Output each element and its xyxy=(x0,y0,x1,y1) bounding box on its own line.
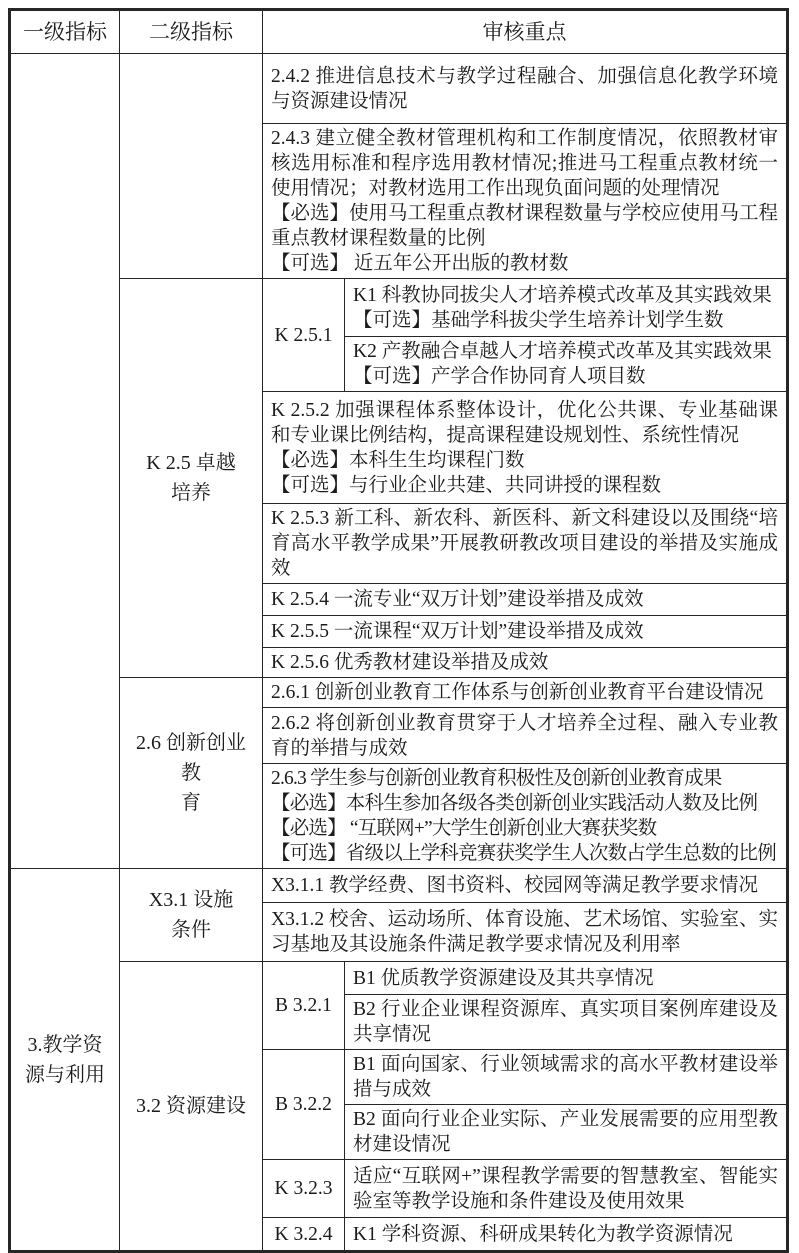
review-cell-2-6-1: 2.6.1 创新创业教育工作体系与创新创业教育平台建设情况 xyxy=(263,678,788,708)
review-cell-b3-2-2-b1: B1 面向国家、行业领域需求的高水平教材建设举措与成效 xyxy=(345,1050,788,1105)
review-line: K1 学科资源、科研成果转化为教学资源情况 xyxy=(353,1222,778,1247)
review-line: 【可选】省级以上学科竞赛获奖学生人次数占学生总数的比例 xyxy=(271,841,778,866)
level2-cell-empty xyxy=(120,54,263,279)
review-line: 2.6.1 创新创业教育工作体系与创新创业教育平台建设情况 xyxy=(271,680,778,705)
table-row: 3.教学资 源与利用 X3.1 设施 条件 X3.1.1 教学经费、图书资料、校… xyxy=(10,869,788,903)
review-line: K 2.5.3 新工科、新农科、新医科、新文科建设以及围绕“培育高水平教学成果”… xyxy=(271,506,778,581)
review-line: 2.6.2 将创新创业教育贯穿于人才培养全过程、融入专业教育的举措与成效 xyxy=(271,711,778,761)
sublabel-b3-2-1: B 3.2.1 xyxy=(263,962,345,1050)
review-line: 适应“互联网+”课程教学需要的智慧教室、智能实验室等教学设施和条件建设及使用效果 xyxy=(353,1164,778,1214)
level2-cell-3-2: 3.2 资源建设 xyxy=(120,962,263,1252)
review-cell-2-4-3: 2.4.3 建立健全教材管理机构和工作制度情况，依照教材审核选用标准和程序选用教… xyxy=(263,124,788,279)
review-cell-k2-5-4: K 2.5.4 一流专业“双万计划”建设举措及成效 xyxy=(263,584,788,616)
review-cell-k2-5-6: K 2.5.6 优秀教材建设举措及成效 xyxy=(263,648,788,678)
review-cell-k3-2-3: 适应“互联网+”课程教学需要的智慧教室、智能实验室等教学设施和条件建设及使用效果 xyxy=(345,1160,788,1218)
review-cell-k2-5-1-k1: K1 科教协同拔尖人才培养模式改革及其实践效果 【可选】基础学科拔尖学生培养计划… xyxy=(345,279,788,337)
review-line: 2.6.3 学生参与创新创业教育积极性及创新创业教育成果 xyxy=(271,766,778,791)
review-line: K 2.5.5 一流课程“双万计划”建设举措及成效 xyxy=(271,619,778,644)
review-line: B2 行业企业课程资源库、真实项目案例库建设及共享情况 xyxy=(353,997,778,1047)
review-line: 【可选】 近五年公开出版的教材数 xyxy=(271,251,778,276)
review-line: 【可选】与行业企业共建、共同讲授的课程数 xyxy=(271,473,778,498)
review-line: B1 面向国家、行业领域需求的高水平教材建设举措与成效 xyxy=(353,1052,778,1102)
review-cell-k2-5-1-k2: K2 产教融合卓越人才培养模式改革及其实践效果 【可选】产学合作协同育人项目数 xyxy=(345,337,788,392)
table-row: 3.2 资源建设 B 3.2.1 B1 优质教学资源建设及其共享情况 xyxy=(10,962,788,995)
level1-cell-empty xyxy=(10,54,120,869)
sublabel-b3-2-2: B 3.2.2 xyxy=(263,1050,345,1160)
header-level2-indicator: 二级指标 xyxy=(120,10,263,54)
level2-cell-k2-5: K 2.5 卓越 培养 xyxy=(120,279,263,678)
sublabel-k2-5-1: K 2.5.1 xyxy=(263,279,345,392)
review-line: K 2.5.6 优秀教材建设举措及成效 xyxy=(271,650,778,675)
review-line: K 2.5.2 加强课程体系整体设计，优化公共课、专业基础课和专业课比例结构，提… xyxy=(271,398,778,448)
review-line: B2 面向行业企业实际、产业发展需要的应用型教材建设情况 xyxy=(353,1107,778,1157)
review-cell-k2-5-5: K 2.5.5 一流课程“双万计划”建设举措及成效 xyxy=(263,616,788,648)
review-line: K 2.5.4 一流专业“双万计划”建设举措及成效 xyxy=(271,587,778,612)
review-line: 【必选】使用马工程重点教材课程数量与学校应使用马工程重点教材课程数量的比例 xyxy=(271,201,778,251)
review-line: 【必选】本科生生均课程门数 xyxy=(271,448,778,473)
header-row: 一级指标 二级指标 审核重点 xyxy=(10,10,788,54)
sublabel-k3-2-4: K 3.2.4 xyxy=(263,1218,345,1252)
review-line: X3.1.2 校舍、运动场所、体育设施、艺术场馆、实验室、实习基地及其设施条件满… xyxy=(271,907,778,957)
level2-cell-x3-1: X3.1 设施 条件 xyxy=(120,869,263,962)
review-cell-k2-5-2: K 2.5.2 加强课程体系整体设计，优化公共课、专业基础课和专业课比例结构，提… xyxy=(263,392,788,504)
review-line: B1 优质教学资源建设及其共享情况 xyxy=(353,966,778,991)
review-cell-b3-2-1-b2: B2 行业企业课程资源库、真实项目案例库建设及共享情况 xyxy=(345,995,788,1050)
review-cell-x3-1-2: X3.1.2 校舍、运动场所、体育设施、艺术场馆、实验室、实习基地及其设施条件满… xyxy=(263,903,788,962)
review-line: 2.4.2 推进信息技术与教学过程融合、加强信息化教学环境与资源建设情况 xyxy=(271,64,778,114)
review-cell-b3-2-2-b2: B2 面向行业企业实际、产业发展需要的应用型教材建设情况 xyxy=(345,1105,788,1160)
review-cell-2-4-2: 2.4.2 推进信息技术与教学过程融合、加强信息化教学环境与资源建设情况 xyxy=(263,54,788,124)
review-line: K1 科教协同拔尖人才培养模式改革及其实践效果 xyxy=(353,283,778,308)
review-cell-2-6-2: 2.6.2 将创新创业教育贯穿于人才培养全过程、融入专业教育的举措与成效 xyxy=(263,708,788,764)
header-level1-indicator: 一级指标 xyxy=(10,10,120,54)
review-line: K2 产教融合卓越人才培养模式改革及其实践效果 xyxy=(353,339,778,364)
sublabel-k3-2-3: K 3.2.3 xyxy=(263,1160,345,1218)
review-line: 【必选】本科生参加各级各类创新创业实践活动人数及比例 xyxy=(271,791,778,816)
indicator-table: 一级指标 二级指标 审核重点 2.4.2 推进信息技术与教学过程融合、加强信息化… xyxy=(8,8,789,1253)
review-cell-k2-5-3: K 2.5.3 新工科、新农科、新医科、新文科建设以及围绕“培育高水平教学成果”… xyxy=(263,504,788,584)
table-row: 2.6 创新创业教 育 2.6.1 创新创业教育工作体系与创新创业教育平台建设情… xyxy=(10,678,788,708)
review-cell-2-6-3: 2.6.3 学生参与创新创业教育积极性及创新创业教育成果 【必选】本科生参加各级… xyxy=(263,764,788,869)
review-line: X3.1.1 教学经费、图书资料、校园网等满足教学要求情况 xyxy=(271,873,778,898)
review-cell-k3-2-4: K1 学科资源、科研成果转化为教学资源情况 xyxy=(345,1218,788,1252)
table-row: K 2.5 卓越 培养 K 2.5.1 K1 科教协同拔尖人才培养模式改革及其实… xyxy=(10,279,788,337)
document-page: 一级指标 二级指标 审核重点 2.4.2 推进信息技术与教学过程融合、加强信息化… xyxy=(0,0,799,1230)
level2-cell-2-6: 2.6 创新创业教 育 xyxy=(120,678,263,869)
review-line: 【可选】基础学科拔尖学生培养计划学生数 xyxy=(353,308,778,333)
table-row: 2.4.2 推进信息技术与教学过程融合、加强信息化教学环境与资源建设情况 xyxy=(10,54,788,124)
review-line: 【可选】产学合作协同育人项目数 xyxy=(353,364,778,389)
review-cell-b3-2-1-b1: B1 优质教学资源建设及其共享情况 xyxy=(345,962,788,995)
review-line: 2.4.3 建立健全教材管理机构和工作制度情况，依照教材审核选用标准和程序选用教… xyxy=(271,126,778,201)
review-cell-x3-1-1: X3.1.1 教学经费、图书资料、校园网等满足教学要求情况 xyxy=(263,869,788,903)
level1-cell-3: 3.教学资 源与利用 xyxy=(10,869,120,1252)
review-line: 【必选】 “互联网+”大学生创新创业大赛获奖数 xyxy=(271,816,778,841)
header-review-focus: 审核重点 xyxy=(263,10,788,54)
